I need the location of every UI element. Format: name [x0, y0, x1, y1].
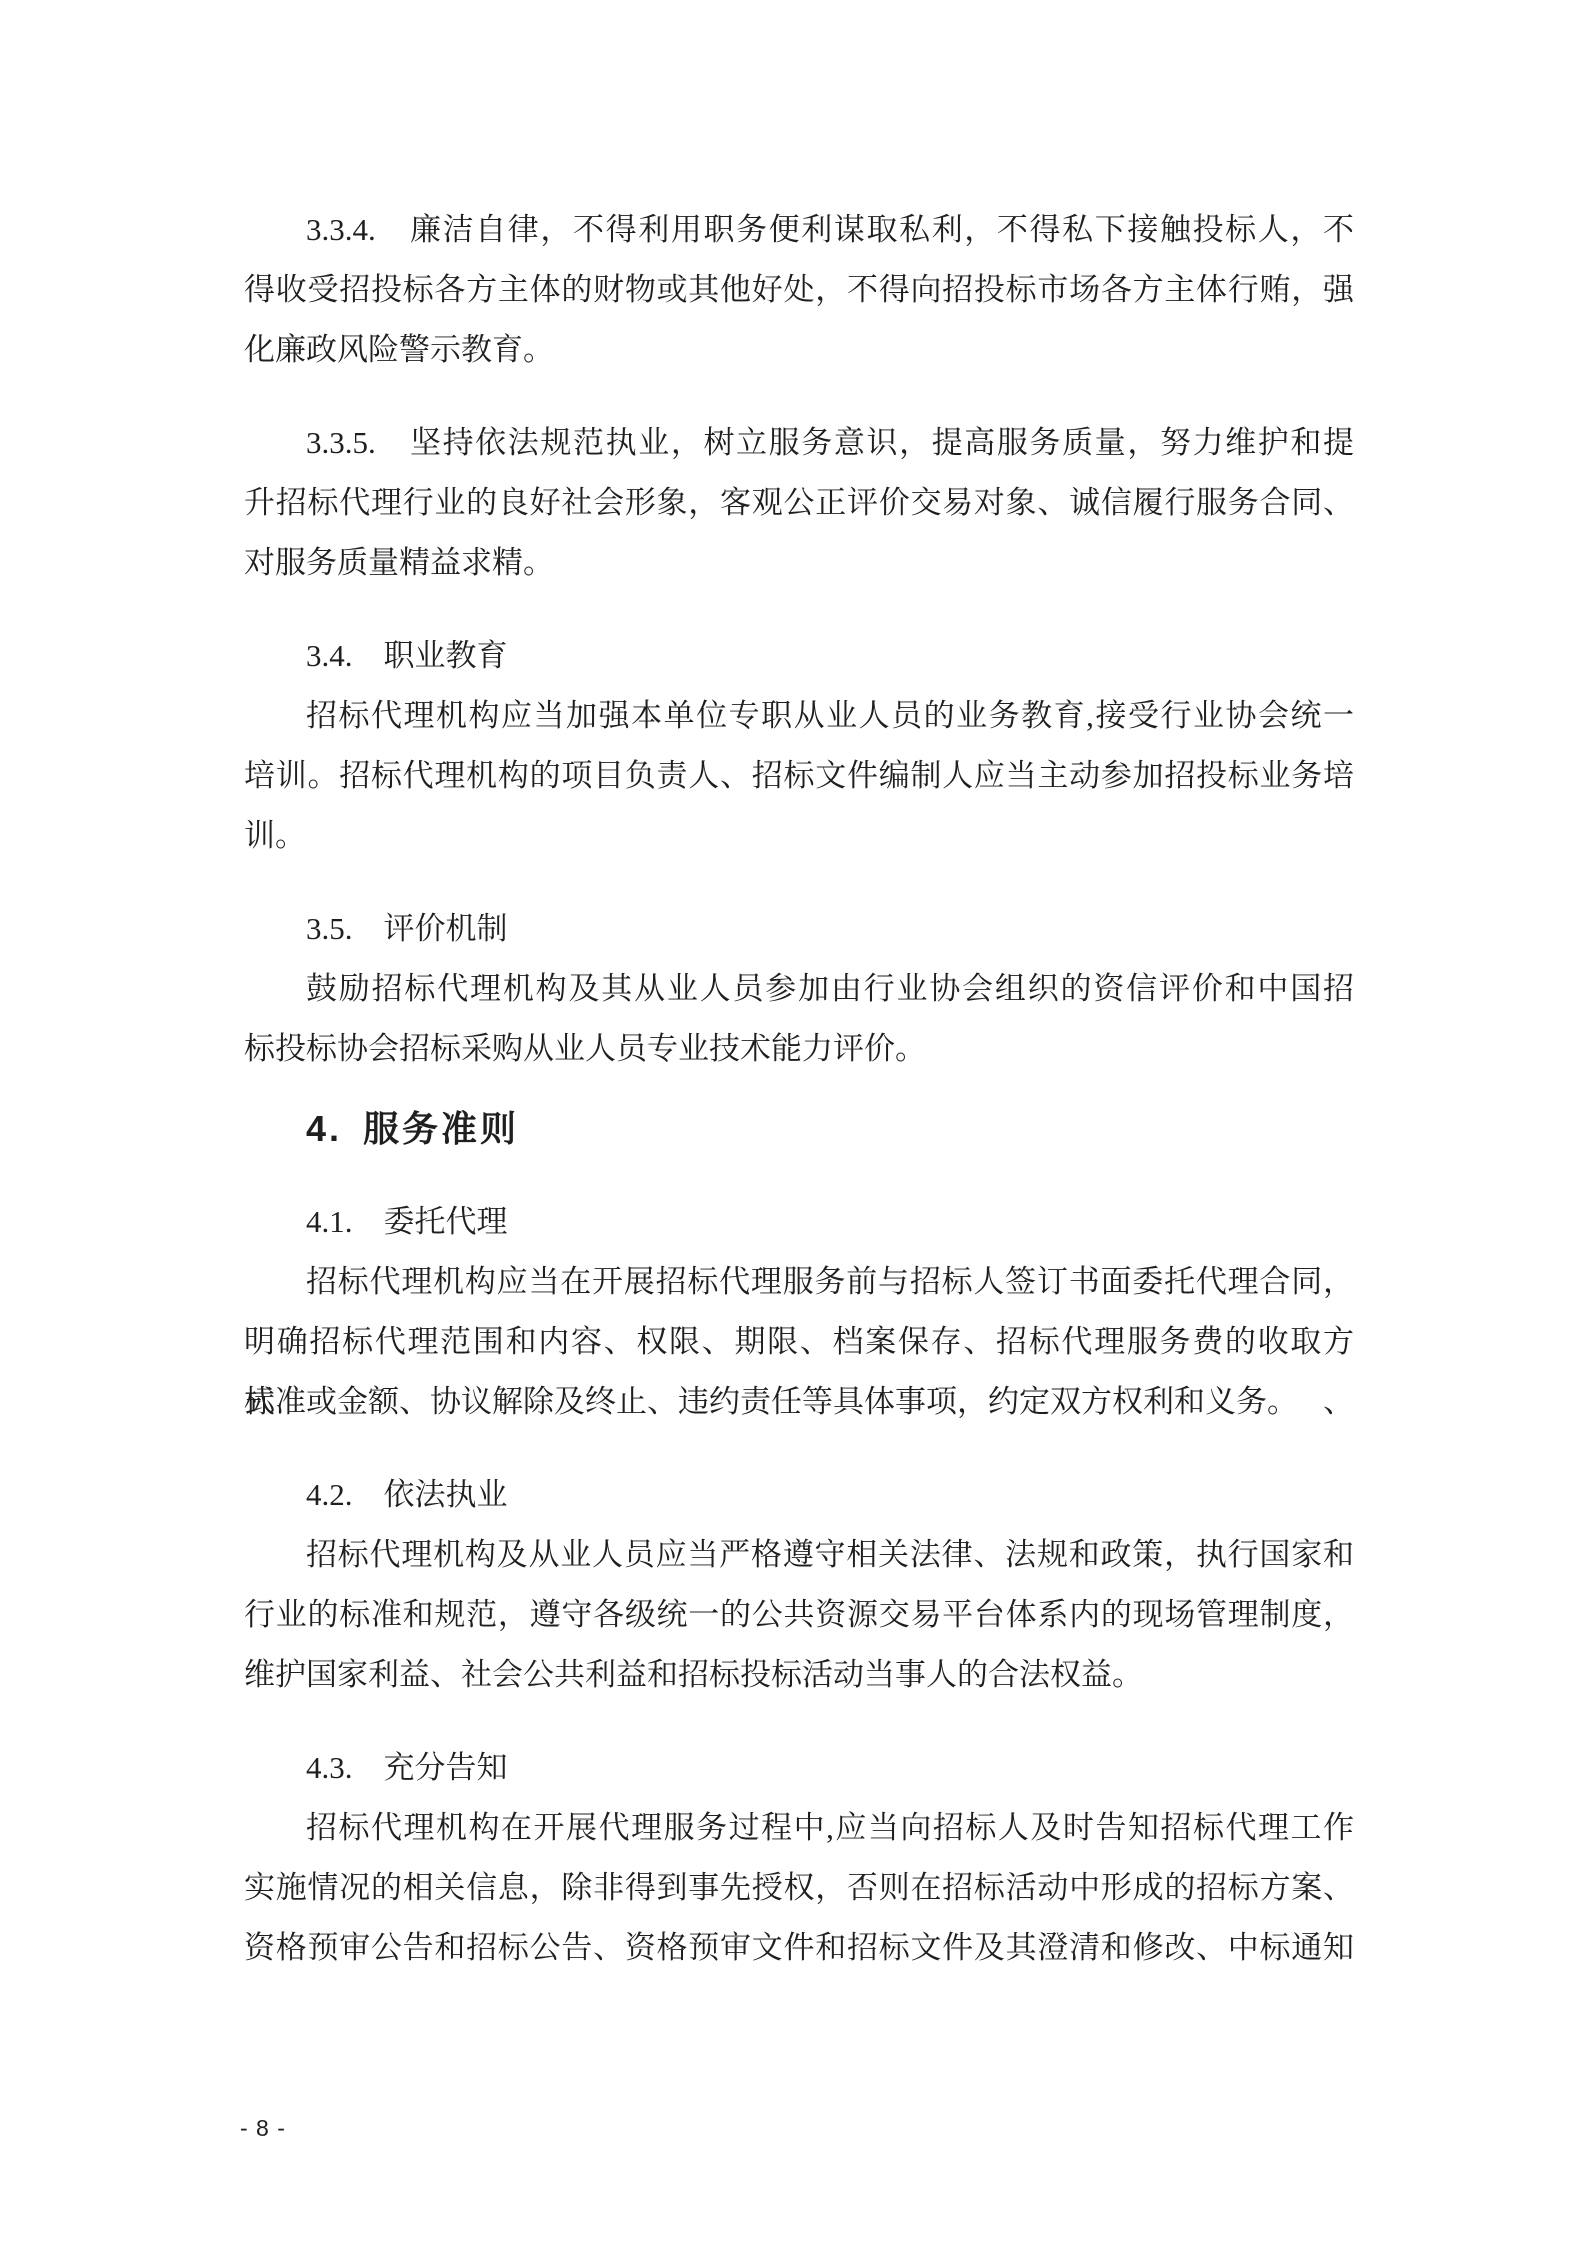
text-line: 4.1. 委托代理: [244, 1192, 1354, 1252]
text-line: 化廉政风险警示教育。: [244, 320, 1354, 380]
paragraph: 鼓励招标代理机构及其从业人员参加由行业协会组织的资信评价和中国招标投标协会招标采…: [244, 959, 1354, 1079]
text-line: 升招标代理行业的良好社会形象，客观公正评价交易对象、诚信履行服务合同、: [244, 473, 1354, 533]
text-line: 对服务质量精益求精。: [244, 533, 1354, 593]
text-line: 训。: [244, 806, 1354, 866]
section-heading: 3.4. 职业教育: [244, 626, 1354, 686]
text-line: 标准或金额、协议解除及终止、违约责任等具体事项，约定双方权利和义务。: [244, 1372, 1354, 1432]
text-line: 实施情况的相关信息，除非得到事先授权，否则在招标活动中形成的招标方案、: [244, 1858, 1354, 1918]
section-heading: 4.1. 委托代理: [244, 1192, 1354, 1252]
text-line: 鼓励招标代理机构及其从业人员参加由行业协会组织的资信评价和中国招: [244, 959, 1354, 1019]
paragraph: 招标代理机构应当在开展招标代理服务前与招标人签订书面委托代理合同，明确招标代理范…: [244, 1252, 1354, 1432]
chapter-heading: 4. 服务准则: [244, 1099, 1354, 1159]
paragraph: 招标代理机构及从业人员应当严格遵守相关法律、法规和政策，执行国家和行业的标准和规…: [244, 1525, 1354, 1705]
text-line: 招标代理机构应当在开展招标代理服务前与招标人签订书面委托代理合同，: [244, 1252, 1354, 1312]
text-line: 资格预审公告和招标公告、资格预审文件和招标文件及其澄清和修改、中标通知: [244, 1918, 1354, 1978]
text-line: 维护国家利益、社会公共利益和招标投标活动当事人的合法权益。: [244, 1645, 1354, 1705]
paragraph: 3.3.5. 坚持依法规范执业，树立服务意识，提高服务质量，努力维护和提升招标代…: [244, 413, 1354, 593]
section-heading: 4.3. 充分告知: [244, 1738, 1354, 1798]
paragraph: 3.3.4. 廉洁自律，不得利用职务便利谋取私利，不得私下接触投标人，不得收受招…: [244, 200, 1354, 380]
text-line: 招标代理机构在开展代理服务过程中,应当向招标人及时告知招标代理工作: [244, 1798, 1354, 1858]
text-line: 标投标协会招标采购从业人员专业技术能力评价。: [244, 1019, 1354, 1079]
text-line: 3.3.5. 坚持依法规范执业，树立服务意识，提高服务质量，努力维护和提: [244, 413, 1354, 473]
text-line: 3.5. 评价机制: [244, 899, 1354, 959]
text-line: 招标代理机构应当加强本单位专职从业人员的业务教育,接受行业协会统一: [244, 686, 1354, 746]
text-line: 行业的标准和规范，遵守各级统一的公共资源交易平台体系内的现场管理制度，: [244, 1585, 1354, 1645]
document-page: 3.3.4. 廉洁自律，不得利用职务便利谋取私利，不得私下接触投标人，不得收受招…: [0, 0, 1587, 2245]
text-line: 得收受招投标各方主体的财物或其他好处，不得向招投标市场各方主体行贿，强: [244, 260, 1354, 320]
document-body: 3.3.4. 廉洁自律，不得利用职务便利谋取私利，不得私下接触投标人，不得收受招…: [244, 200, 1354, 1978]
page-number: - 8 -: [240, 2110, 286, 2146]
paragraph: 招标代理机构应当加强本单位专职从业人员的业务教育,接受行业协会统一培训。招标代理…: [244, 686, 1354, 866]
text-line: 3.3.4. 廉洁自律，不得利用职务便利谋取私利，不得私下接触投标人，不: [244, 200, 1354, 260]
text-line: 3.4. 职业教育: [244, 626, 1354, 686]
text-line: 明确招标代理范围和内容、权限、期限、档案保存、招标代理服务费的收取方式、: [244, 1312, 1354, 1372]
section-heading: 3.5. 评价机制: [244, 899, 1354, 959]
text-line: 培训。招标代理机构的项目负责人、招标文件编制人应当主动参加招投标业务培: [244, 746, 1354, 806]
text-line: 4. 服务准则: [244, 1099, 1354, 1159]
text-line: 招标代理机构及从业人员应当严格遵守相关法律、法规和政策，执行国家和: [244, 1525, 1354, 1585]
text-line: 4.3. 充分告知: [244, 1738, 1354, 1798]
section-heading: 4.2. 依法执业: [244, 1465, 1354, 1525]
paragraph: 招标代理机构在开展代理服务过程中,应当向招标人及时告知招标代理工作实施情况的相关…: [244, 1798, 1354, 1978]
text-line: 4.2. 依法执业: [244, 1465, 1354, 1525]
